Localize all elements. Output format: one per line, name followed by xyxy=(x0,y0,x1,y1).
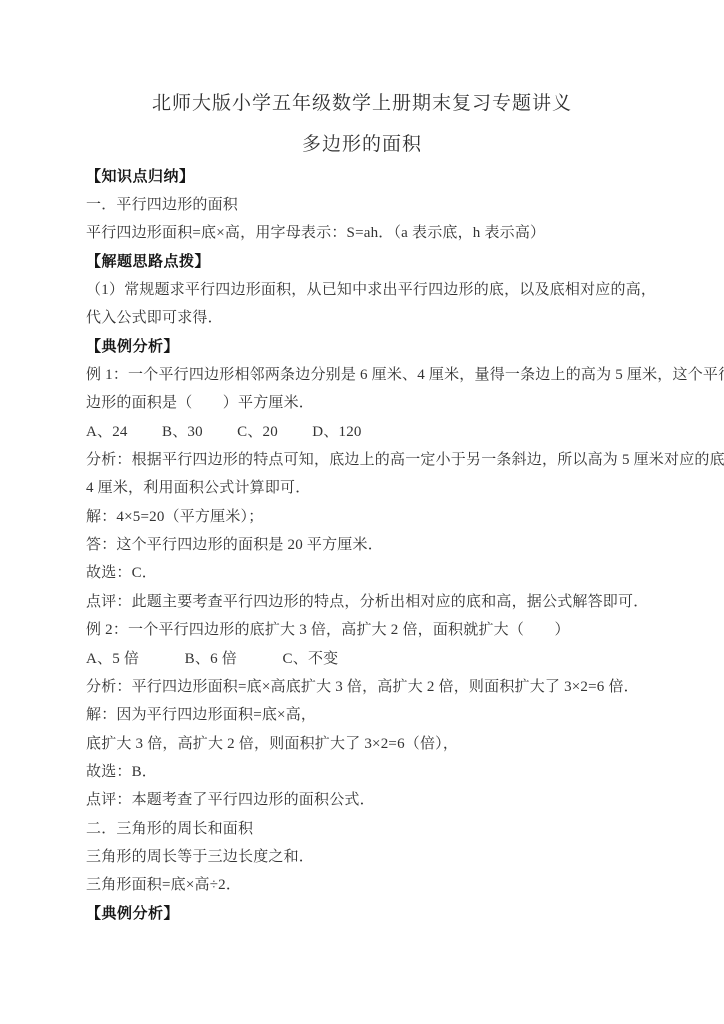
document-title: 北师大版小学五年级数学上册期末复习专题讲义 xyxy=(0,91,724,117)
heading-parallelogram-area: 一．平行四边形的面积 xyxy=(86,189,686,217)
example1-comment: 点评：此题主要考查平行四边形的特点，分析出相对应的底和高，据公式解答即可． xyxy=(86,586,686,614)
tip-1-line-2: 代入公式即可求得． xyxy=(86,303,686,331)
document-body: 【知识点归纳】一．平行四边形的面积平行四边形面积=底×高，用字母表示：S=ah．… xyxy=(86,161,686,926)
example1-analysis-line-2: 4 厘米，利用面积公式计算即可． xyxy=(86,473,686,501)
example2-analysis: 分析：平行四边形面积=底×高底扩大 3 倍，高扩大 2 倍，则面积扩大了 3×2… xyxy=(86,671,686,699)
example2-solution-line-2: 底扩大 3 倍，高扩大 2 倍，则面积扩大了 3×2=6（倍）， xyxy=(86,728,686,756)
example1-question-line-1: 例 1：一个平行四边形相邻两条边分别是 6 厘米、4 厘米，量得一条边上的高为 … xyxy=(86,359,686,387)
section-header-example-analysis-2: 【典例分析】 xyxy=(86,898,686,926)
triangle-perimeter-rule: 三角形的周长等于三边长度之和． xyxy=(86,841,686,869)
example1-options: A、24 B、30 C、20 D、120 xyxy=(86,416,686,444)
document-subtitle: 多边形的面积 xyxy=(0,132,724,158)
example2-question: 例 2：一个平行四边形的底扩大 3 倍，高扩大 2 倍，面积就扩大（ ） xyxy=(86,615,686,643)
heading-triangle-perimeter-area: 二．三角形的周长和面积 xyxy=(86,813,686,841)
example2-comment: 点评：本题考查了平行四边形的面积公式． xyxy=(86,785,686,813)
example1-answer: 答：这个平行四边形的面积是 20 平方厘米． xyxy=(86,529,686,557)
example1-analysis-line-1: 分析：根据平行四边形的特点可知，底边上的高一定小于另一条斜边，所以高为 5 厘米… xyxy=(86,444,686,472)
section-header-example-analysis-1: 【典例分析】 xyxy=(86,331,686,359)
example2-choice: 故选：B． xyxy=(86,756,686,784)
section-header-solving-tips: 【解题思路点拨】 xyxy=(86,246,686,274)
section-header-knowledge-points: 【知识点归纳】 xyxy=(86,161,686,189)
tip-1-line-1: （1）常规题求平行四边形面积，从已知中求出平行四边形的底，以及底相对应的高， xyxy=(86,274,686,302)
document-page: 北师大版小学五年级数学上册期末复习专题讲义 多边形的面积 【知识点归纳】一．平行… xyxy=(0,0,724,1024)
example2-options: A、5 倍 B、6 倍 C、不变 xyxy=(86,643,686,671)
example1-question-line-2: 边形的面积是（ ）平方厘米． xyxy=(86,388,686,416)
example1-solution: 解：4×5=20（平方厘米）； xyxy=(86,501,686,529)
example1-choice: 故选：C． xyxy=(86,558,686,586)
example2-solution-line-1: 解：因为平行四边形面积=底×高， xyxy=(86,700,686,728)
formula-triangle: 三角形面积=底×高÷2． xyxy=(86,870,686,898)
formula-parallelogram: 平行四边形面积=底×高，用字母表示：S=ah．（a 表示底，h 表示高） xyxy=(86,218,686,246)
